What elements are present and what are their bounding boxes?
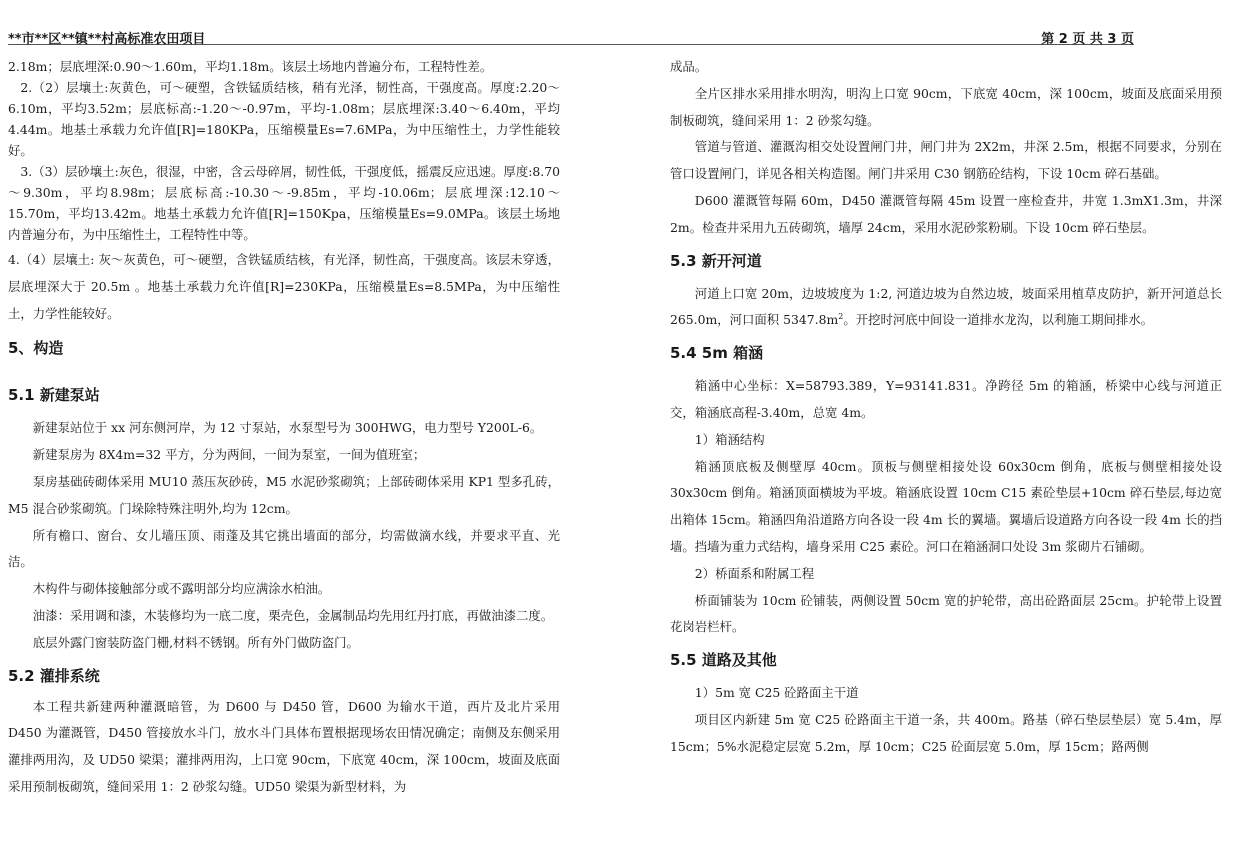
subheading-culvert-structure: 1）箱涵结构 — [670, 427, 1222, 454]
paragraph-layer1-tail: 2.18m；层底埋深:0.90～1.60m，平均1.18m。该层土场地内普遍分布… — [8, 56, 560, 77]
paragraph-masonry: 泵房基础砖砌体采用 MU10 蒸压灰砂砖，M5 水泥砂浆砌筑；上部砖砌体采用 K… — [8, 469, 560, 523]
paragraph-river: 河道上口宽 20m，边坡坡度为 1:2, 河道边坡为自然边坡，坡面采用植草皮防护… — [670, 281, 1222, 335]
page-indicator: 第 2 页 共 3 页 — [1041, 28, 1134, 47]
heading-construction: 5、构造 — [8, 337, 560, 358]
paragraph-finished-product: 成品。 — [670, 54, 1222, 81]
paragraph-wood-members: 木构件与砌体接触部分或不露明部分均应满涂水柏油。 — [8, 576, 560, 603]
paragraph-layer4: 4.（4）层壤土: 灰～灰黄色，可～硬塑，含铁锰质结核，有光泽，韧性高，干强度高… — [8, 247, 560, 327]
paragraph-main-road: 项目区内新建 5m 宽 C25 砼路面主干道一条，共 400m。路基（碎石垫层垫… — [670, 707, 1222, 761]
heading-roads-other: 5.5 道路及其他 — [670, 649, 1222, 670]
page-header: **市**区**镇**村高标准农田项目 第 2 页 共 3 页 — [8, 28, 1134, 45]
subheading-bridge-deck: 2）桥面系和附属工程 — [670, 561, 1222, 588]
paragraph-open-ditch: 全片区排水采用排水明沟，明沟上口宽 90cm，下底宽 40cm，深 100cm，… — [670, 81, 1222, 135]
paragraph-security-doors: 底层外露门窗装防盗门栅,材料不锈钢。所有外门做防盗门。 — [8, 630, 560, 657]
heading-new-pump-station: 5.1 新建泵站 — [8, 384, 560, 405]
paragraph-culvert-coords: 箱涵中心坐标：X=58793.389，Y=93141.831。净跨径 5m 的箱… — [670, 373, 1222, 427]
left-column: 2.18m；层底埋深:0.90～1.60m，平均1.18m。该层土场地内普遍分布… — [8, 56, 560, 801]
paragraph-culvert-structure: 箱涵顶底板及侧壁厚 40cm。顶板与侧壁相接处设 60x30cm 倒角，底板与侧… — [670, 454, 1222, 561]
paragraph-layer2: 2.（2）层壤土:灰黄色，可～硬塑，含铁锰质结核，稍有光泽，韧性高，干强度高。厚… — [8, 77, 560, 161]
paragraph-irrigation-pipes: 本工程共新建两种灌溉暗管，为 D600 与 D450 管，D600 为输水干道，… — [8, 694, 560, 801]
paragraph-pump-location: 新建泵站位于 xx 河东侧河岸，为 12 寸泵站，水泵型号为 300HWG，电力… — [8, 415, 560, 442]
paragraph-drip-line: 所有檐口、窗台、女儿墙压顶、雨蓬及其它挑出墙面的部分，均需做滴水线，并要求平直、… — [8, 523, 560, 577]
paragraph-inspection-well: D600 灌溉管每隔 60m，D450 灌溉管每隔 45m 设置一座检查井，井宽… — [670, 188, 1222, 242]
paragraph-paint: 油漆：采用调和漆，木装修均为一底二度，栗壳色，金属制品均先用红丹打底，再做油漆二… — [8, 603, 560, 630]
heading-new-river: 5.3 新开河道 — [670, 250, 1222, 271]
subheading-main-road: 1）5m 宽 C25 砼路面主干道 — [670, 680, 1222, 707]
paragraph-pump-house: 新建泵房为 8X4m=32 平方，分为两间，一间为泵室，一间为值班室； — [8, 442, 560, 469]
document-title: **市**区**镇**村高标准农田项目 — [8, 28, 205, 47]
right-column: 成品。 全片区排水采用排水明沟，明沟上口宽 90cm，下底宽 40cm，深 10… — [670, 60, 1222, 761]
heading-box-culvert: 5.4 5m 箱涵 — [670, 342, 1222, 363]
paragraph-gate-well: 管道与管道、灌溉沟相交处设置闸门井，闸门井为 2X2m，井深 2.5m，根据不同… — [670, 134, 1222, 188]
paragraph-layer3: 3.（3）层砂壤土:灰色，很湿，中密，含云母碎屑，韧性低，干强度低，摇震反应迅速… — [8, 161, 560, 245]
heading-irrigation-drainage: 5.2 灌排系统 — [8, 665, 560, 686]
paragraph-bridge-deck: 桥面铺装为 10cm 砼铺装，两侧设置 50cm 宽的护轮带，高出砼路面层 25… — [670, 588, 1222, 642]
river-text-b: 。开挖时河底中间设一道排水龙沟，以利施工期间排水。 — [843, 312, 1153, 327]
